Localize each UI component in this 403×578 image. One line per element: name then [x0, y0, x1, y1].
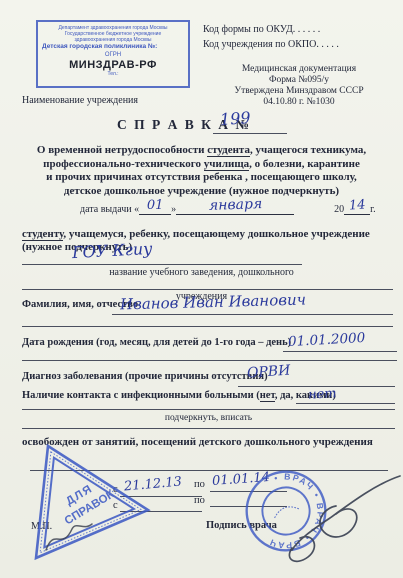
fio-rule: [112, 314, 393, 315]
issue-year-slot: 14: [344, 198, 370, 215]
certificate-subtitle: О временной нетрудоспособности студента,…: [10, 144, 393, 198]
clinic-stamp-line4: Детская городская поликлиника №:: [38, 43, 188, 51]
issue-month-slot: января: [176, 198, 294, 215]
school-caption1: название учебного заведения, дошкольного: [60, 267, 343, 279]
signature-stroke-1: [292, 476, 400, 550]
certificate-number: 199: [219, 108, 251, 129]
birth-rule: [283, 351, 397, 352]
contact-rule: [296, 403, 395, 404]
clinic-stamp-ogrn: ОГРН: [38, 52, 188, 59]
doc-info-line3: Утверждена Минздравом СССР: [203, 86, 395, 97]
rule-2: [22, 326, 393, 327]
doc-info-line4: 04.10.80 г. №1030: [203, 97, 395, 108]
school-value: ГОУ Кгиу: [72, 239, 153, 262]
diagnosis-label: Диагноз заболевания (прочие причины отсу…: [22, 371, 268, 383]
subtitle-line4: детское дошкольное учреждение (нужное по…: [10, 185, 393, 199]
diagnosis-value: ОРВИ: [246, 363, 290, 382]
rule-5: [22, 428, 395, 429]
issue-date-label: дата выдачи «: [80, 204, 139, 216]
issue-month-value: января: [208, 197, 262, 213]
fio-value: Иванов Иван Иванович: [120, 291, 306, 314]
issue-date-row: дата выдачи « 01 » января 20 14 г.: [80, 198, 376, 215]
underlined-studentu: студенту: [22, 228, 63, 241]
subtitle-line3: и прочих причинах отсутствия ребенка , п…: [10, 171, 393, 185]
rule-4: [22, 409, 395, 410]
subtitle-line2: профессионально-технического училища, о …: [10, 158, 393, 172]
contact-label: Наличие контакта с инфекционными больным…: [22, 390, 336, 402]
issue-year-prefix: 20: [334, 204, 344, 216]
certificate-form: Департамент здравоохранения города Москв…: [0, 0, 403, 578]
doctor-signature: [250, 458, 403, 570]
rule-1: [22, 289, 393, 290]
mp-scribble: [40, 515, 100, 560]
to-label-2: по: [194, 495, 205, 507]
doc-info-line2: Форма №095/у: [203, 75, 395, 86]
to-label-1: по: [194, 479, 205, 491]
clinic-stamp-tel: Тел.:: [38, 71, 188, 77]
issue-day-slot: 01: [139, 198, 171, 215]
underlined-net: нет: [260, 390, 275, 402]
clinic-stamp-name: МИНЗДРАВ-РФ: [38, 59, 188, 71]
issue-year-value: 14: [348, 198, 365, 213]
title-number-rule: [213, 133, 287, 134]
school-rule: [22, 264, 302, 265]
birth-label: Дата рождения (год, месяц, для детей до …: [22, 337, 291, 349]
birth-value: 01.01.2000: [288, 330, 366, 350]
institution-label: Наименование учреждения: [22, 95, 138, 107]
doc-info: Медицинская документация Форма №095/у Ут…: [203, 64, 395, 108]
underline-note: подчеркнуть, вписать: [22, 413, 395, 424]
rule-3: [22, 360, 397, 361]
contact-value: нет: [308, 386, 337, 402]
doc-info-line1: Медицинская документация: [203, 64, 395, 75]
okud-code: Код формы по ОКУД. . . . . .: [203, 24, 320, 36]
subtitle-line1: О временной нетрудоспособности студента,…: [10, 144, 393, 158]
underlined-uchilishe: училища: [204, 158, 249, 171]
okpo-code: Код учреждения по ОКПО. . . . .: [203, 39, 339, 51]
issue-day-value: 01: [147, 198, 164, 213]
clinic-stamp: Департамент здравоохранения города Москв…: [36, 20, 190, 88]
underlined-student: студента: [207, 144, 250, 157]
